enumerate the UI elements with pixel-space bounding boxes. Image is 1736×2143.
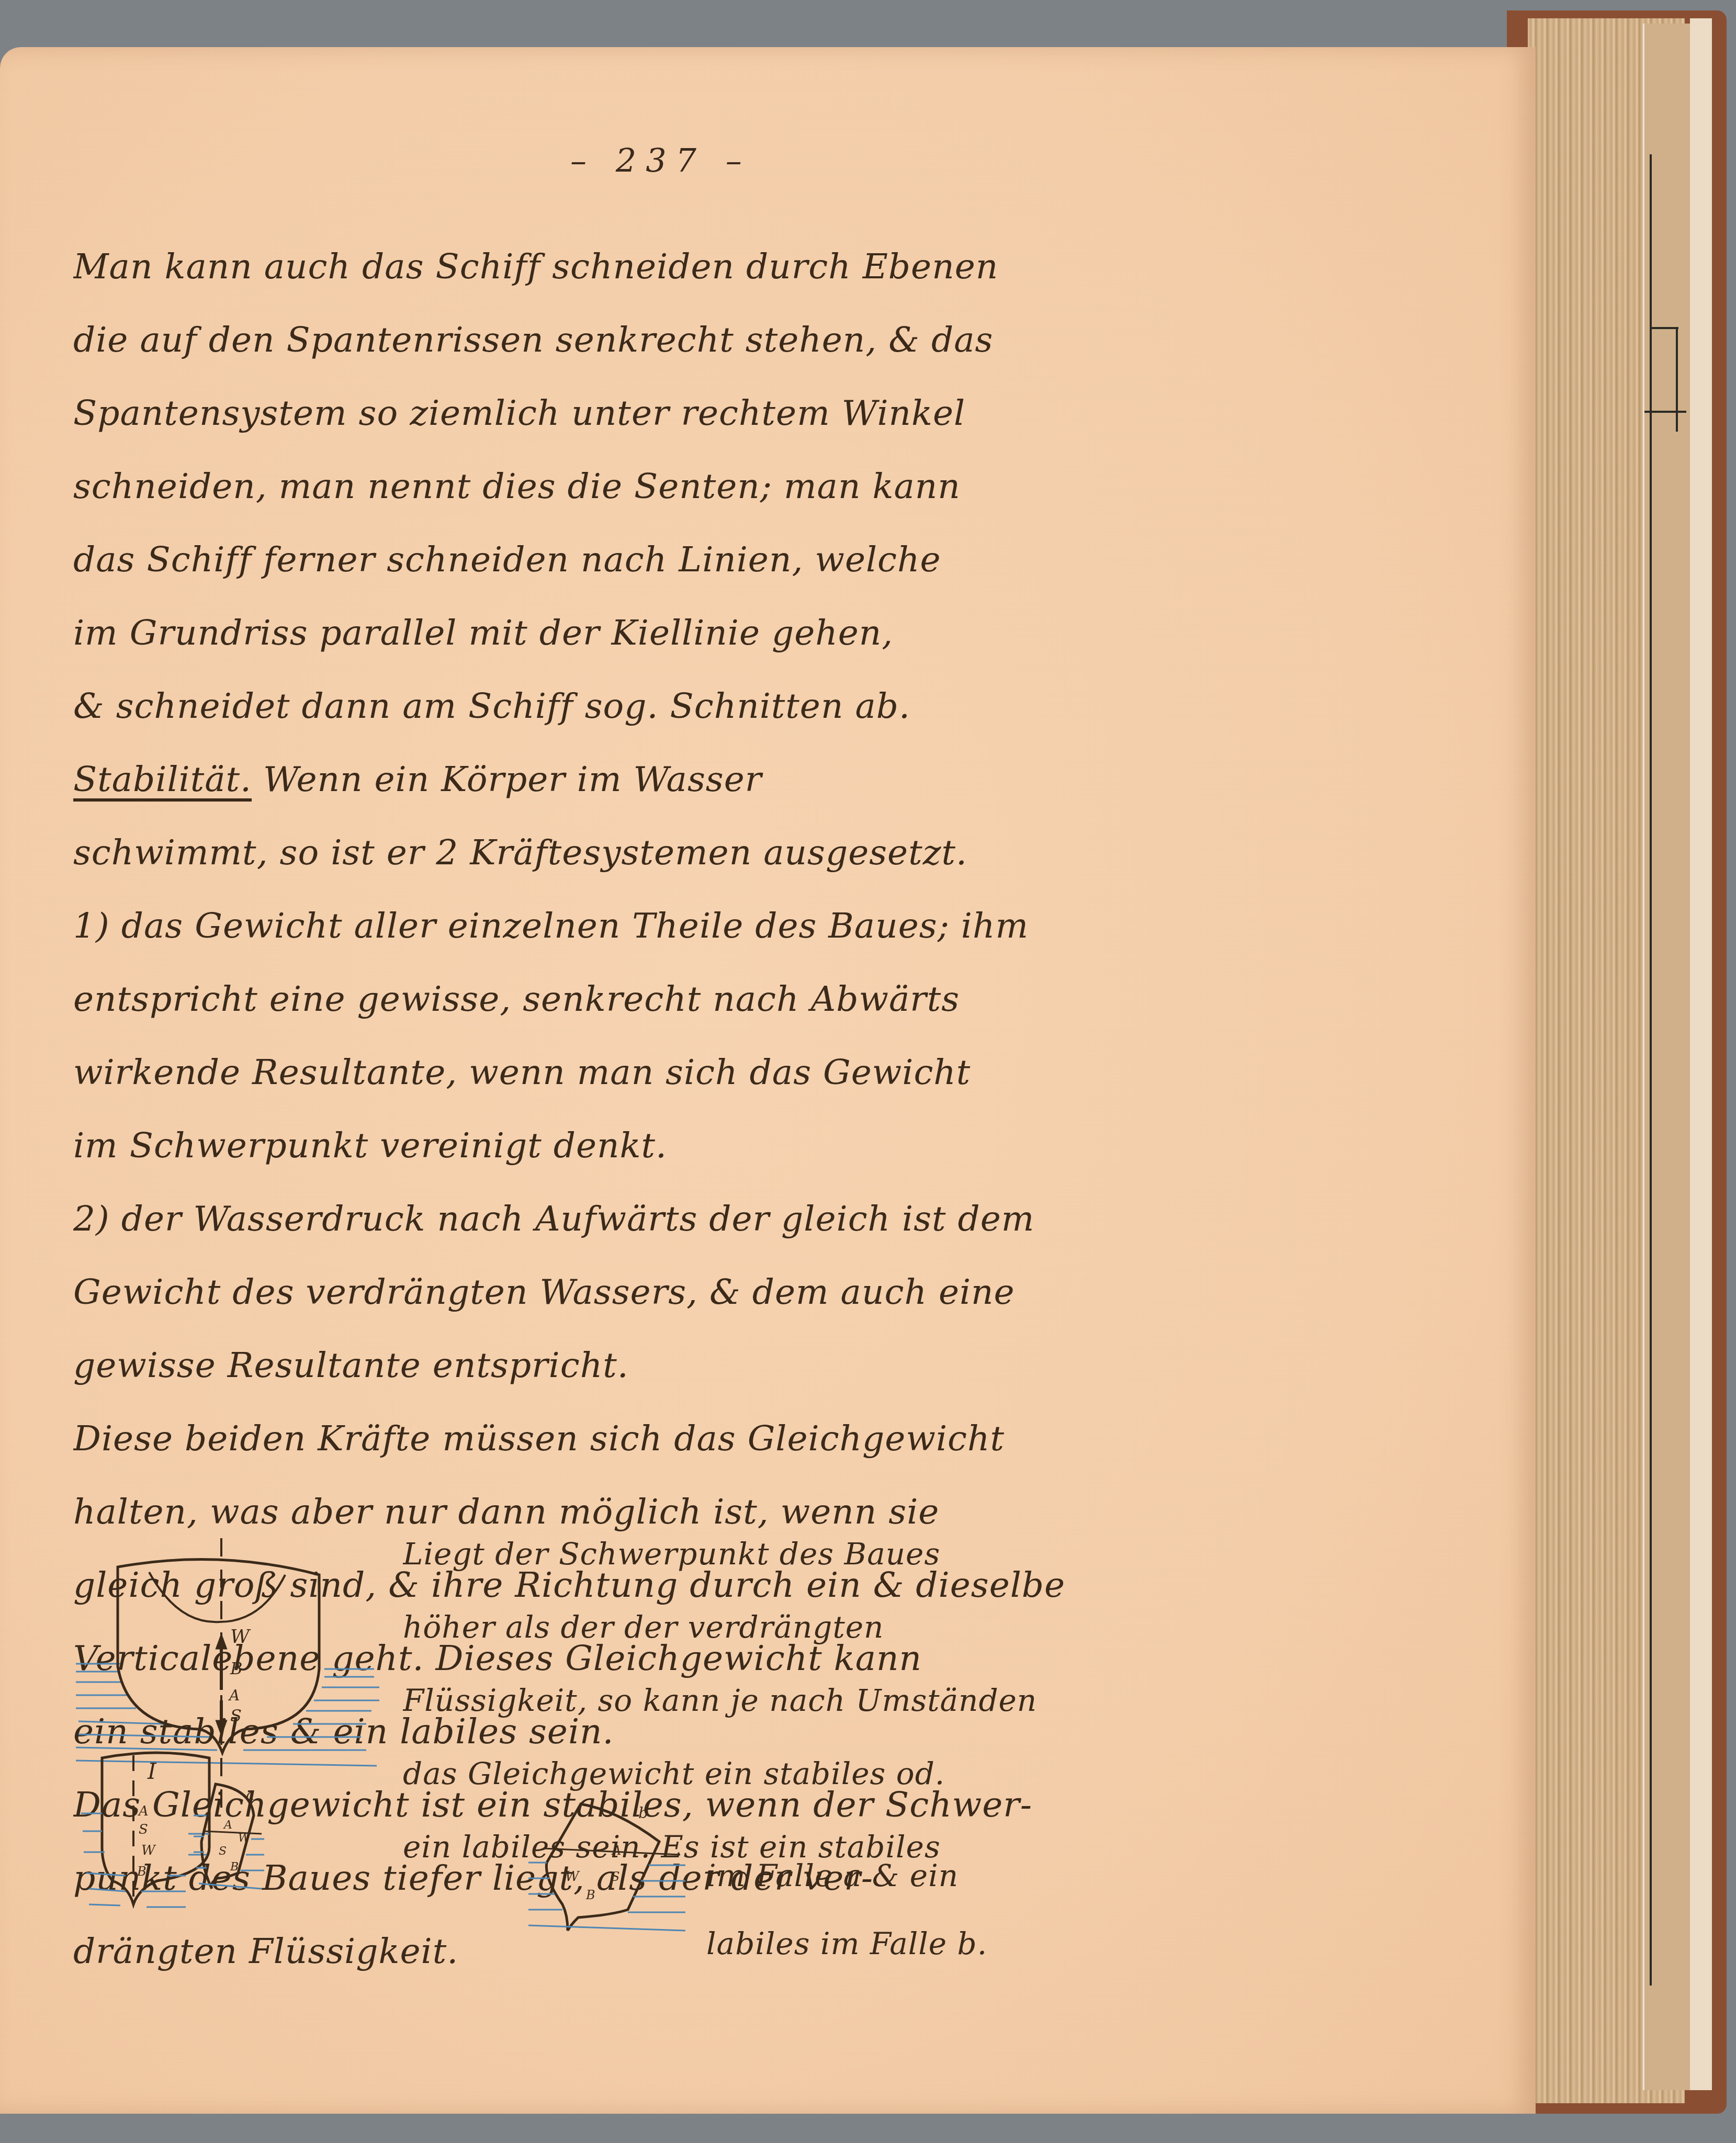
label-S: S [230,1706,242,1725]
label-A: A [611,1843,621,1858]
label-W: W [230,1626,251,1648]
label-S: S [611,1869,619,1884]
label-A: A [138,1803,149,1819]
label-B: B [230,1659,243,1678]
label-S: S [219,1845,227,1858]
label-W: W [565,1869,580,1885]
hull-diagrams: W B A S I A S W B a A S W B [0,0,1736,2143]
label-W: W [238,1832,251,1845]
label-A: A [223,1819,232,1832]
label-W: W [141,1843,156,1858]
figure-label-I: I [147,1758,157,1784]
label-S: S [139,1822,148,1837]
figure-label-a: a [246,1786,255,1803]
label-B: B [585,1888,595,1902]
label-B: B [230,1860,239,1874]
figure-label-b: b [638,1804,648,1822]
label-B: B [137,1864,146,1879]
label-A: A [228,1687,240,1704]
